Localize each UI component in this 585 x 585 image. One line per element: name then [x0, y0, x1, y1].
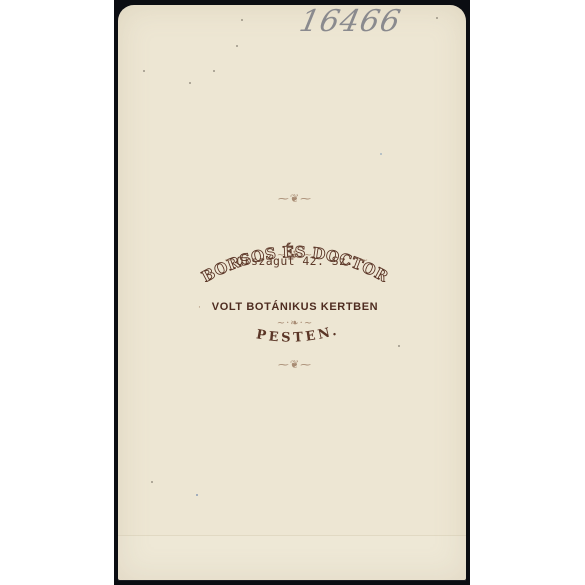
city-name: PESTEN. — [200, 322, 390, 352]
location-note: VOLT BOTÁNIKUS KERTBEN — [192, 301, 398, 313]
paper-speck — [151, 481, 153, 483]
paper-speck — [189, 82, 191, 84]
top-flourish-ornament: ⁓❦⁓ — [278, 192, 312, 205]
handwritten-inventory-number: 16466 — [296, 4, 404, 39]
paper-speck — [398, 345, 400, 347]
paper-speck — [196, 494, 198, 496]
street-address: Országut 42. Sz. — [200, 254, 390, 268]
paper-speck — [380, 153, 382, 155]
paper-speck — [236, 45, 238, 47]
paper-speck — [213, 70, 215, 72]
svg-text:PESTEN.: PESTEN. — [255, 323, 341, 346]
bottom-flourish-ornament: ⁓❦⁓ — [278, 358, 312, 371]
photographer-imprint: ⁓❦⁓ ~·✣·~ BORSOS ÉS DOCTOR ~· ·~ Országu… — [200, 190, 390, 380]
paper-speck — [436, 17, 438, 19]
paper-speck — [241, 19, 243, 21]
city-name-arc: PESTEN. — [200, 322, 390, 352]
paper-speck — [143, 70, 145, 72]
